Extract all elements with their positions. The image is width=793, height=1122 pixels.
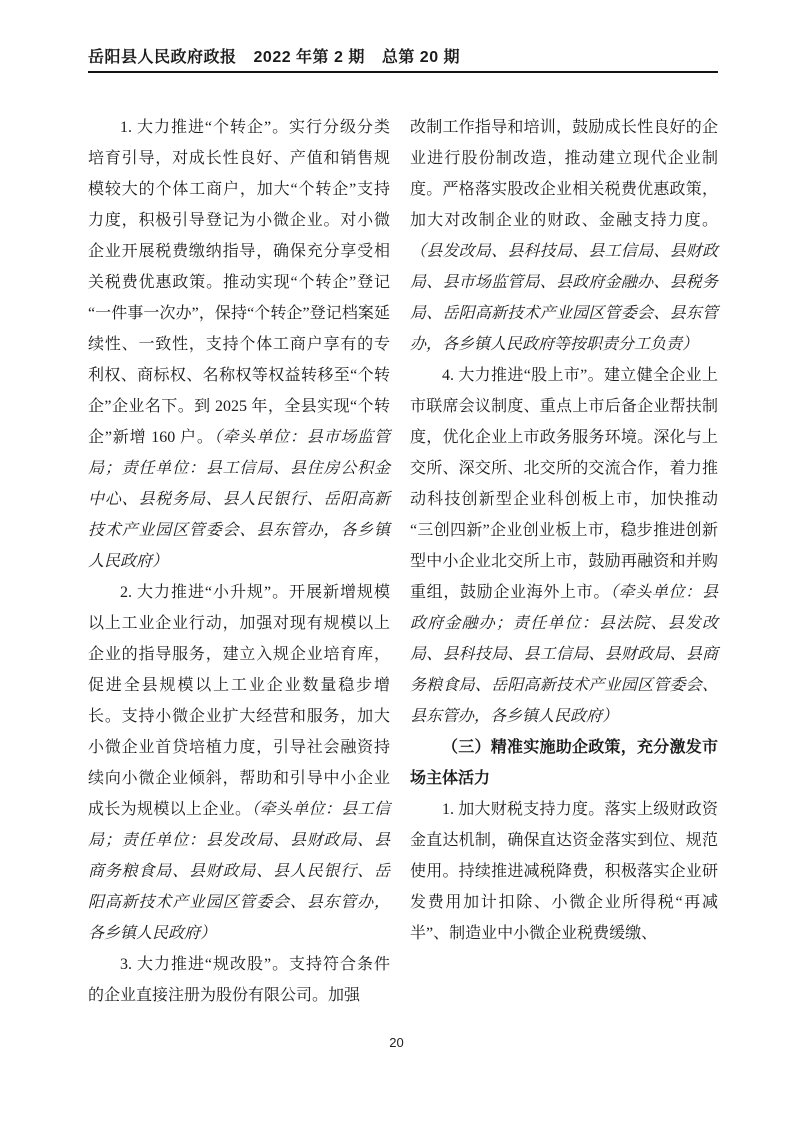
volume-number: 总第 20 期 xyxy=(382,49,460,66)
paragraph: 3. 大力推进“规改股”。支持符合条件的企业直接注册为股份有限公司。加强 xyxy=(88,949,390,1011)
right-column: 改制工作指导和培训，鼓励成长性良好的企业进行股份制改造，推动建立现代企业制度。严… xyxy=(410,112,718,1011)
responsibility-annotation: （牵头单位：县政府金融办；责任单位：县法院、县发改局、县科技局、县工信局、县财政… xyxy=(410,584,718,725)
section-heading-text: （三）精准实施助企政策，充分激发市场主体活力 xyxy=(410,739,718,787)
text-segment: 1. 加大财税支持力度。落实上级财政资金直达机制，确保直达资金落实到位、规范使用… xyxy=(410,801,718,942)
issue-number: 2022 年第 2 期 xyxy=(254,49,365,66)
document-body: 1. 大力推进“个转企”。实行分级分类培育引导，对成长性良好、产值和销售规模较大… xyxy=(88,112,718,1011)
text-segment: 3. 大力推进“规改股”。支持符合条件的企业直接注册为股份有限公司。加强 xyxy=(88,956,390,1004)
page-number: 20 xyxy=(0,1035,793,1050)
left-column: 1. 大力推进“个转企”。实行分级分类培育引导，对成长性良好、产值和销售规模较大… xyxy=(88,112,390,1011)
text-segment: 1. 大力推进“个转企”。实行分级分类培育引导，对成长性良好、产值和销售规模较大… xyxy=(88,119,390,446)
responsibility-annotation: （县发改局、县科技局、县工信局、县财政局、县市场监管局、县政府金融办、县税务局、… xyxy=(410,243,718,353)
text-segment: 4. 大力推进“股上市”。建立健全企业上市联席会议制度、重点上市后备企业帮扶制度… xyxy=(410,367,718,601)
publication-title: 岳阳县人民政府政报 xyxy=(88,49,237,66)
responsibility-annotation: （牵头单位：县工信局；责任单位：县发改局、县财政局、县商务粮食局、县财政局、县人… xyxy=(88,801,390,942)
gazette-page: 岳阳县人民政府政报2022 年第 2 期总第 20 期 1. 大力推进“个转企”… xyxy=(0,0,793,1122)
paragraph: 2. 大力推进“小升规”。开展新增规模以上工业企业行动，加强对现有规模以上企业的… xyxy=(88,577,390,949)
text-segment: 2. 大力推进“小升规”。开展新增规模以上工业企业行动，加强对现有规模以上企业的… xyxy=(88,584,390,818)
text-segment: 改制工作指导和培训，鼓励成长性良好的企业进行股份制改造，推动建立现代企业制度。严… xyxy=(410,119,718,229)
page-header: 岳阳县人民政府政报2022 年第 2 期总第 20 期 xyxy=(88,44,718,73)
responsibility-annotation: （牵头单位：县市场监管局；责任单位：县工信局、县住房公积金中心、县税务局、县人民… xyxy=(88,429,390,570)
paragraph: 1. 大力推进“个转企”。实行分级分类培育引导，对成长性良好、产值和销售规模较大… xyxy=(88,112,390,577)
paragraph: 4. 大力推进“股上市”。建立健全企业上市联席会议制度、重点上市后备企业帮扶制度… xyxy=(410,360,718,732)
section-heading: （三）精准实施助企政策，充分激发市场主体活力 xyxy=(410,732,718,794)
paragraph-continuation: 改制工作指导和培训，鼓励成长性良好的企业进行股份制改造，推动建立现代企业制度。严… xyxy=(410,112,718,360)
paragraph: 1. 加大财税支持力度。落实上级财政资金直达机制，确保直达资金落实到位、规范使用… xyxy=(410,794,718,949)
